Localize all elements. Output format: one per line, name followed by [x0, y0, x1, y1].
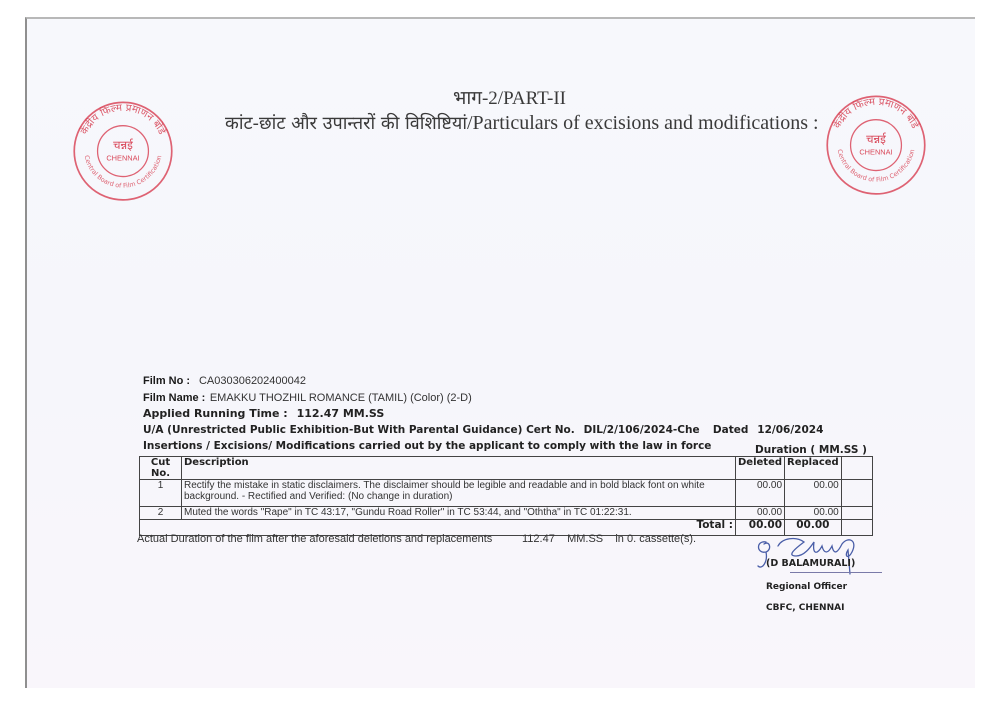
svg-text:चन्नई: चन्नई [866, 132, 887, 146]
dated-label: Dated [713, 424, 748, 436]
table-row: 1 Rectify the mistake in static disclaim… [140, 480, 873, 507]
table-header-row: Cut No. Description Deleted Replaced [140, 457, 873, 480]
description-cell: Muted the words "Rape" in TC 43:17, "Gun… [182, 507, 736, 520]
running-time-value: 112.47 MM.SS [297, 407, 385, 420]
seal-icon: केंद्रीय फिल्म प्रमाणन बोर्ड Central Boa… [70, 96, 176, 202]
svg-text:CHENNAI: CHENNAI [859, 148, 892, 157]
duration-label: Duration ( MM.SS ) [755, 444, 867, 456]
film-no-label: Film No : [143, 375, 190, 387]
empty-cell [841, 480, 872, 507]
part-label: भाग-2/PART-II [453, 84, 566, 110]
signature-underline [790, 572, 882, 573]
seal-icon: केंद्रीय फिल्म प्रमाणन बोर्ड Central Boa… [823, 90, 929, 196]
signatory-office: CBFC, CHENNAI [766, 603, 844, 613]
cert-no-value: DIL/2/106/2024-Che [584, 424, 700, 436]
cbfc-seal-left: केंद्रीय फिल्म प्रमाणन बोर्ड Central Boa… [70, 96, 176, 202]
title-english: /Particulars of excisions and modificati… [467, 112, 819, 134]
svg-text:केंद्रीय फिल्म प्रमाणन बोर्ड: केंद्रीय फिल्म प्रमाणन बोर्ड [830, 97, 922, 132]
actual-duration-value: 112.47 [522, 533, 555, 545]
cassette-count: in 0. cassette(s). [615, 533, 696, 545]
empty-cell [841, 507, 872, 520]
film-name-value: EMAKKU THOZHIL ROMANCE (TAMIL) (Color) (… [210, 392, 472, 404]
certificate-category: U/A (Unrestricted Public Exhibition-But … [143, 424, 575, 436]
excisions-table: Cut No. Description Deleted Replaced 1 R… [139, 456, 873, 536]
svg-text:चन्नई: चन्नई [113, 138, 134, 152]
svg-text:CHENNAI: CHENNAI [106, 154, 139, 163]
col-cut-no: Cut No. [140, 457, 182, 480]
running-time-label: Applied Running Time : [143, 407, 288, 420]
signatory-name: (D BALAMURALI) [766, 558, 855, 569]
description-cell: Rectify the mistake in static disclaimer… [182, 480, 736, 507]
table-row: 2 Muted the words "Rape" in TC 43:17, "G… [140, 507, 873, 520]
col-replaced: Replaced [785, 457, 842, 480]
col-description: Description [182, 457, 736, 480]
col-deleted: Deleted [736, 457, 785, 480]
cut-no-cell: 1 [140, 480, 182, 507]
actual-duration-row: 112.47 MM.SS in 0. cassette(s). [522, 533, 696, 545]
svg-text:केंद्रीय फिल्म प्रमाणन बोर्ड: केंद्रीय फिल्म प्रमाणन बोर्ड [77, 103, 169, 138]
col-empty [841, 457, 872, 480]
replaced-cell: 00.00 [785, 480, 842, 507]
deleted-cell: 00.00 [736, 480, 785, 507]
cut-no-cell: 2 [140, 507, 182, 520]
actual-duration-unit: MM.SS [567, 533, 603, 545]
replaced-cell: 00.00 [785, 507, 842, 520]
table-caption: Insertions / Excisions/ Modifications ca… [143, 440, 711, 452]
film-no-row: Film No : CA030306202400042 [143, 371, 306, 389]
title-hindi: कांट-छांट और उपान्तरों की विशिष्टियां [225, 113, 467, 134]
cbfc-seal-right: केंद्रीय फिल्म प्रमाणन बोर्ड Central Boa… [823, 90, 929, 196]
dated-value: 12/06/2024 [757, 424, 823, 436]
actual-duration-text: Actual Duration of the film after the af… [137, 533, 492, 545]
film-name-label: Film Name : [143, 392, 205, 404]
signatory-designation: Regional Officer [766, 582, 847, 592]
deleted-cell: 00.00 [736, 507, 785, 520]
certificate-row: U/A (Unrestricted Public Exhibition-But … [143, 420, 823, 438]
page-title: कांट-छांट और उपान्तरों की विशिष्टियां/Pa… [225, 111, 819, 135]
film-no-value: CA030306202400042 [199, 375, 306, 387]
